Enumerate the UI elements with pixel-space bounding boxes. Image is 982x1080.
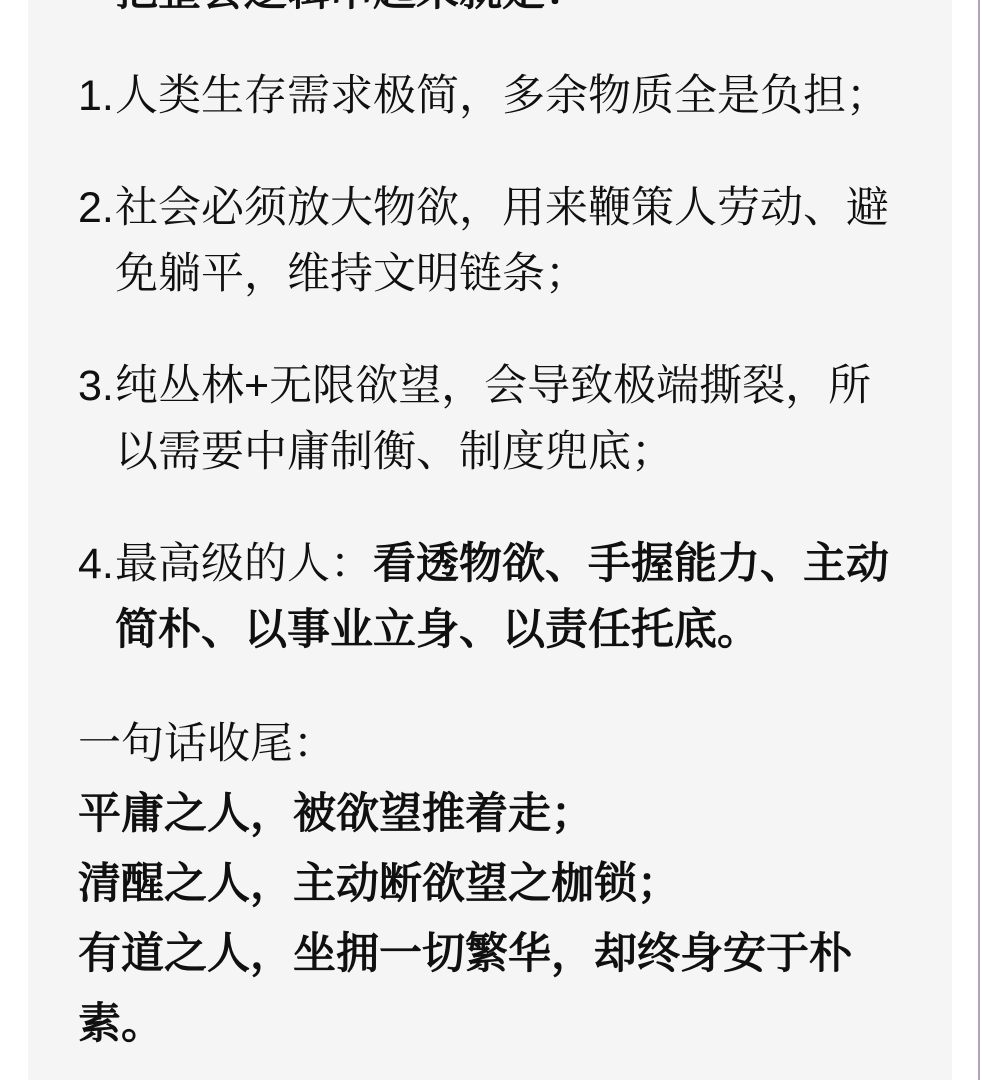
closing-line-2: 清醒之人，主动断欲望之枷锁； [78, 849, 902, 919]
list-item-1: 1. 人类生存需求极简，多余物质全是负担； [78, 63, 902, 129]
window-edge-line [978, 0, 980, 1080]
list-item-2: 2. 社会必须放大物欲，用来鞭策人劳动、避免躺平，维持文明链条； [78, 175, 902, 307]
list-item-2-number: 2. [78, 175, 114, 241]
closing-line-3: 有道之人，坐拥一切繁华，却终身安于朴素。 [78, 919, 902, 1059]
article-page: 把整套逻辑串起来就是： 1. 人类生存需求极简，多余物质全是负担； 2. 社会必… [0, 0, 982, 1080]
list-item-3: 3. 纯丛林+无限欲望，会导致极端撕裂，所以需要中庸制衡、制度兜底； [78, 353, 902, 485]
list-item-1-text: 人类生存需求极简，多余物质全是负担； [115, 72, 889, 120]
list-item-3-number: 3. [78, 353, 114, 419]
closing-block: 一句话收尾： 平庸之人，被欲望推着走； 清醒之人，主动断欲望之枷锁； 有道之人，… [78, 709, 902, 1059]
list-item-1-number: 1. [78, 63, 114, 129]
numbered-list: 1. 人类生存需求极简，多余物质全是负担； 2. 社会必须放大物欲，用来鞭策人劳… [78, 63, 902, 663]
list-item-2-text: 社会必须放大物欲，用来鞭策人劳动、避免躺平，维持文明链条； [115, 184, 889, 298]
list-item-4-number: 4. [78, 531, 114, 597]
clipped-heading: 把整套逻辑串起来就是： [78, 0, 902, 24]
message-body: 把整套逻辑串起来就是： 1. 人类生存需求极简，多余物质全是负担； 2. 社会必… [78, 0, 902, 1059]
list-item-4-text: 最高级的人： [115, 540, 373, 588]
closing-line-1: 平庸之人，被欲望推着走； [78, 779, 902, 849]
closing-label: 一句话收尾： [78, 709, 902, 779]
left-margin-panel [0, 0, 28, 1080]
list-item-3-text: 纯丛林+无限欲望，会导致极端撕裂，所以需要中庸制衡、制度兜底； [115, 362, 871, 476]
list-item-4: 4. 最高级的人：看透物欲、手握能力、主动简朴、以事业立身、以责任托底。 [78, 531, 902, 663]
